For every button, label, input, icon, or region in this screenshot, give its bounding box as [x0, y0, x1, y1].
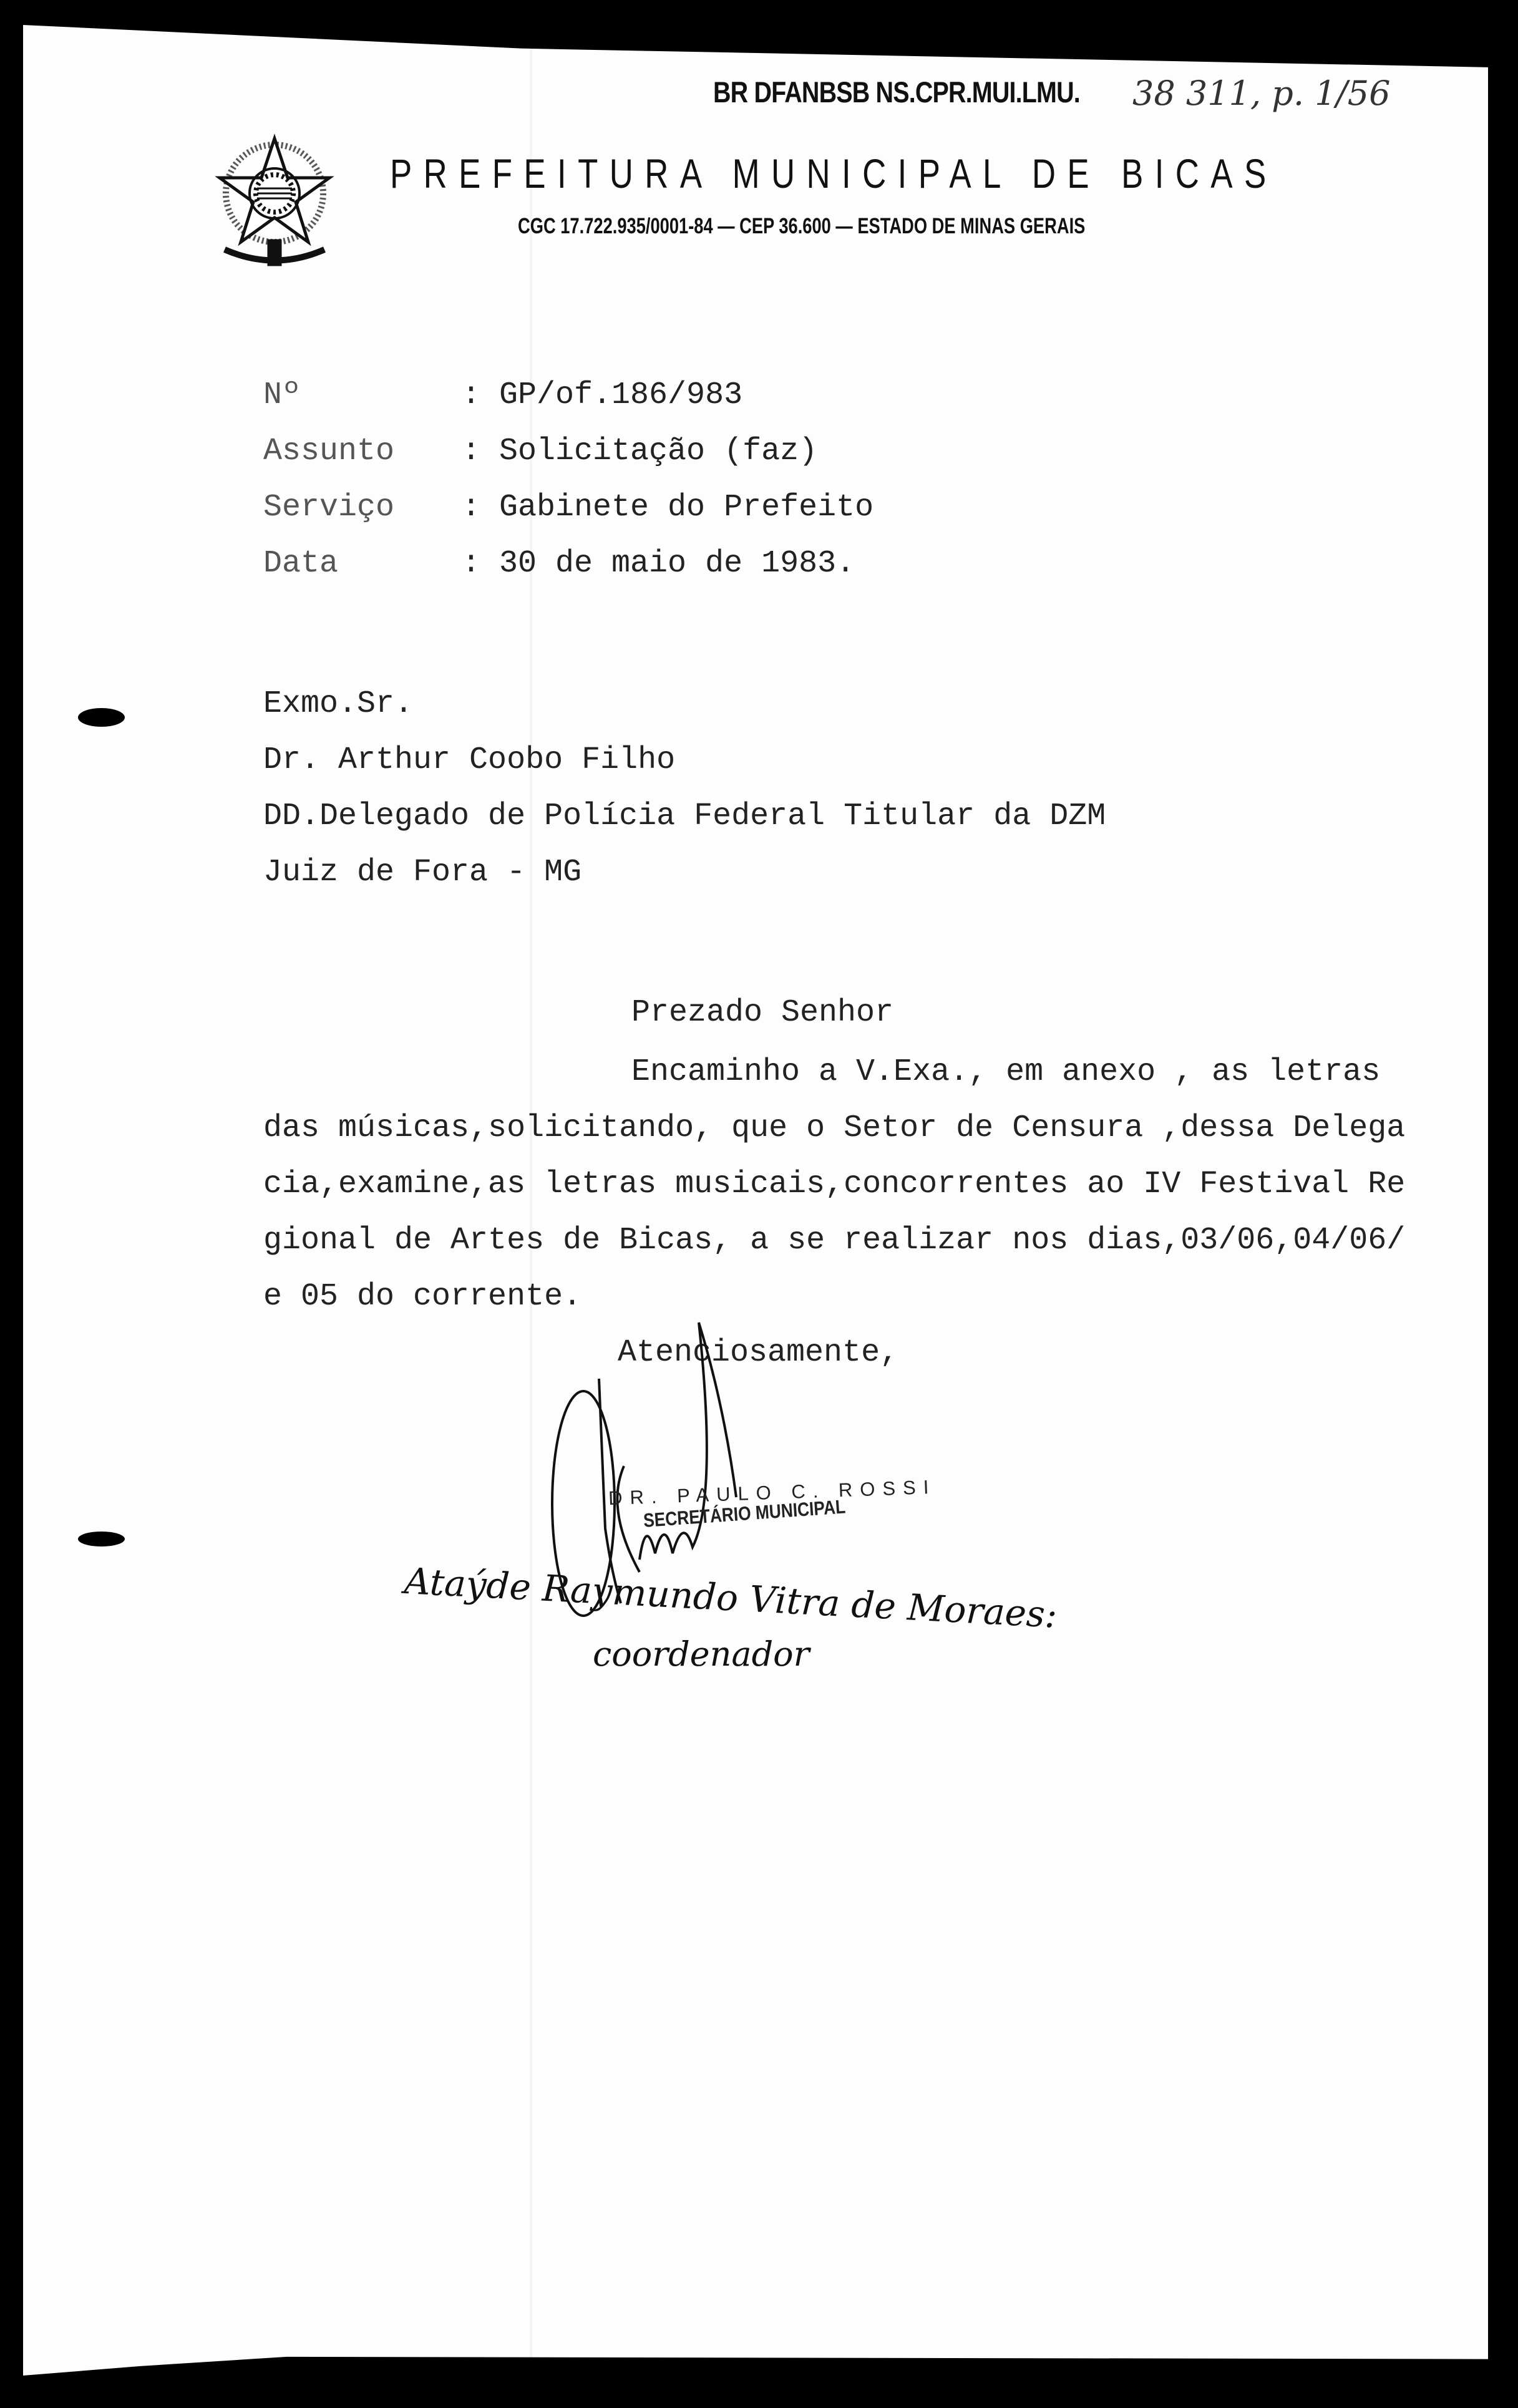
letter-body: Prezado Senhor Encaminho a V.Exa., em an…	[263, 995, 1324, 1335]
recipient-line: DD.Delegado de Polícia Federal Titular d…	[263, 799, 1106, 855]
body-line: gional de Artes de Bicas, a se realizar …	[263, 1223, 1324, 1279]
recipient-block: Exmo.Sr. Dr. Arthur Coobo Filho DD.Deleg…	[263, 686, 1106, 911]
meta-label: Assunto	[263, 434, 394, 469]
greeting: Prezado Senhor	[263, 995, 1324, 1054]
archive-reference: BR DFANBSB NS.CPR.MUI.LMU.	[713, 75, 1080, 109]
meta-value: : Solicitação (faz)	[462, 434, 817, 469]
recipient-line: Dr. Arthur Coobo Filho	[263, 742, 1106, 799]
letterhead-subtitle: CGC 17.722.935/0001-84 — CEP 36.600 — ES…	[518, 214, 1085, 239]
punch-hole	[78, 708, 125, 727]
recipient-line: Exmo.Sr.	[263, 686, 1106, 742]
recipient-line: Juiz de Fora - MG	[263, 855, 1106, 911]
punch-hole	[78, 1532, 125, 1546]
body-line: cia,examine,as letras musicais,concorren…	[263, 1167, 1324, 1223]
body-line: Encaminho a V.Exa., em anexo , as letras	[263, 1054, 1324, 1110]
body-line: das músicas,solicitando, que o Setor de …	[263, 1110, 1324, 1167]
archive-reference-handwritten: 38 311, p. 1/56	[1132, 74, 1390, 113]
meta-label: Nº	[263, 377, 301, 413]
meta-value: : Gabinete do Prefeito	[462, 490, 873, 525]
letterhead-title: PREFEITURA MUNICIPAL DE BICAS	[390, 150, 1278, 197]
meta-label: Data	[263, 546, 338, 581]
meta-value: : GP/of.186/983	[462, 377, 742, 413]
meta-label: Serviço	[263, 490, 394, 525]
meta-value: : 30 de maio de 1983.	[462, 546, 855, 581]
brazil-coat-of-arms-icon	[212, 131, 337, 274]
handwritten-note-role: coordenador	[593, 1634, 809, 1674]
